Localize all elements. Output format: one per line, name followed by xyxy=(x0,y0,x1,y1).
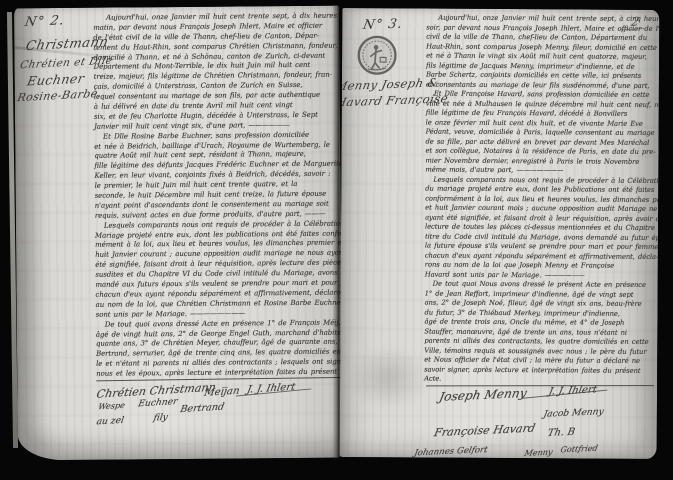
signature: Meïjan xyxy=(203,386,240,399)
act-text-line: savoir signer, après lecture et interpré… xyxy=(424,365,656,376)
act-text-left: Aujourd'hui, onze Janvier mil huit cent … xyxy=(93,12,341,380)
margin-name: Euchner xyxy=(26,71,86,89)
ink-showthrough-blot xyxy=(346,346,430,409)
margin-name: Rosine-Barbe. xyxy=(16,87,103,104)
signature: fily xyxy=(153,413,169,424)
signature: Jacob Menny xyxy=(543,407,605,420)
act-text-right: Aujourd'hui, onze Janvier mil huit cent … xyxy=(424,14,658,386)
page-left: N° 2. ChristmannChrétien et DlleEuchnerR… xyxy=(14,6,343,461)
signature: J. J. Ihlert xyxy=(548,384,598,397)
signature: Menny xyxy=(524,448,554,458)
act-number-left: N° 2. xyxy=(24,13,66,30)
signature-rule-right xyxy=(426,385,654,386)
signature: Gottfried xyxy=(560,444,599,455)
signature: Bertrand xyxy=(179,401,225,415)
act-number-right: N° 3. xyxy=(362,17,404,33)
page-right: 2 N° 3. Menny Joseph &Havard Françoise A… xyxy=(340,8,660,459)
signature: au zel xyxy=(96,416,125,428)
civil-register-scan: N° 2. ChristmannChrétien et DlleEuchnerR… xyxy=(0,0,673,480)
signature: Joseph Menny xyxy=(438,386,528,404)
signature: Th. B xyxy=(547,427,576,439)
act-text-line: au nom de la loi, que Chrétien Christman… xyxy=(96,298,341,310)
signature: J. J. Ihlert xyxy=(246,382,296,396)
signature: Wespe xyxy=(98,401,126,412)
act-text-line: Acte. xyxy=(424,375,656,386)
signature: Johannes Gelfort xyxy=(413,445,488,458)
revenue-stamp-icon xyxy=(356,34,398,76)
signature: Euchner xyxy=(137,397,178,409)
signature: Françoise Havard xyxy=(433,422,537,440)
